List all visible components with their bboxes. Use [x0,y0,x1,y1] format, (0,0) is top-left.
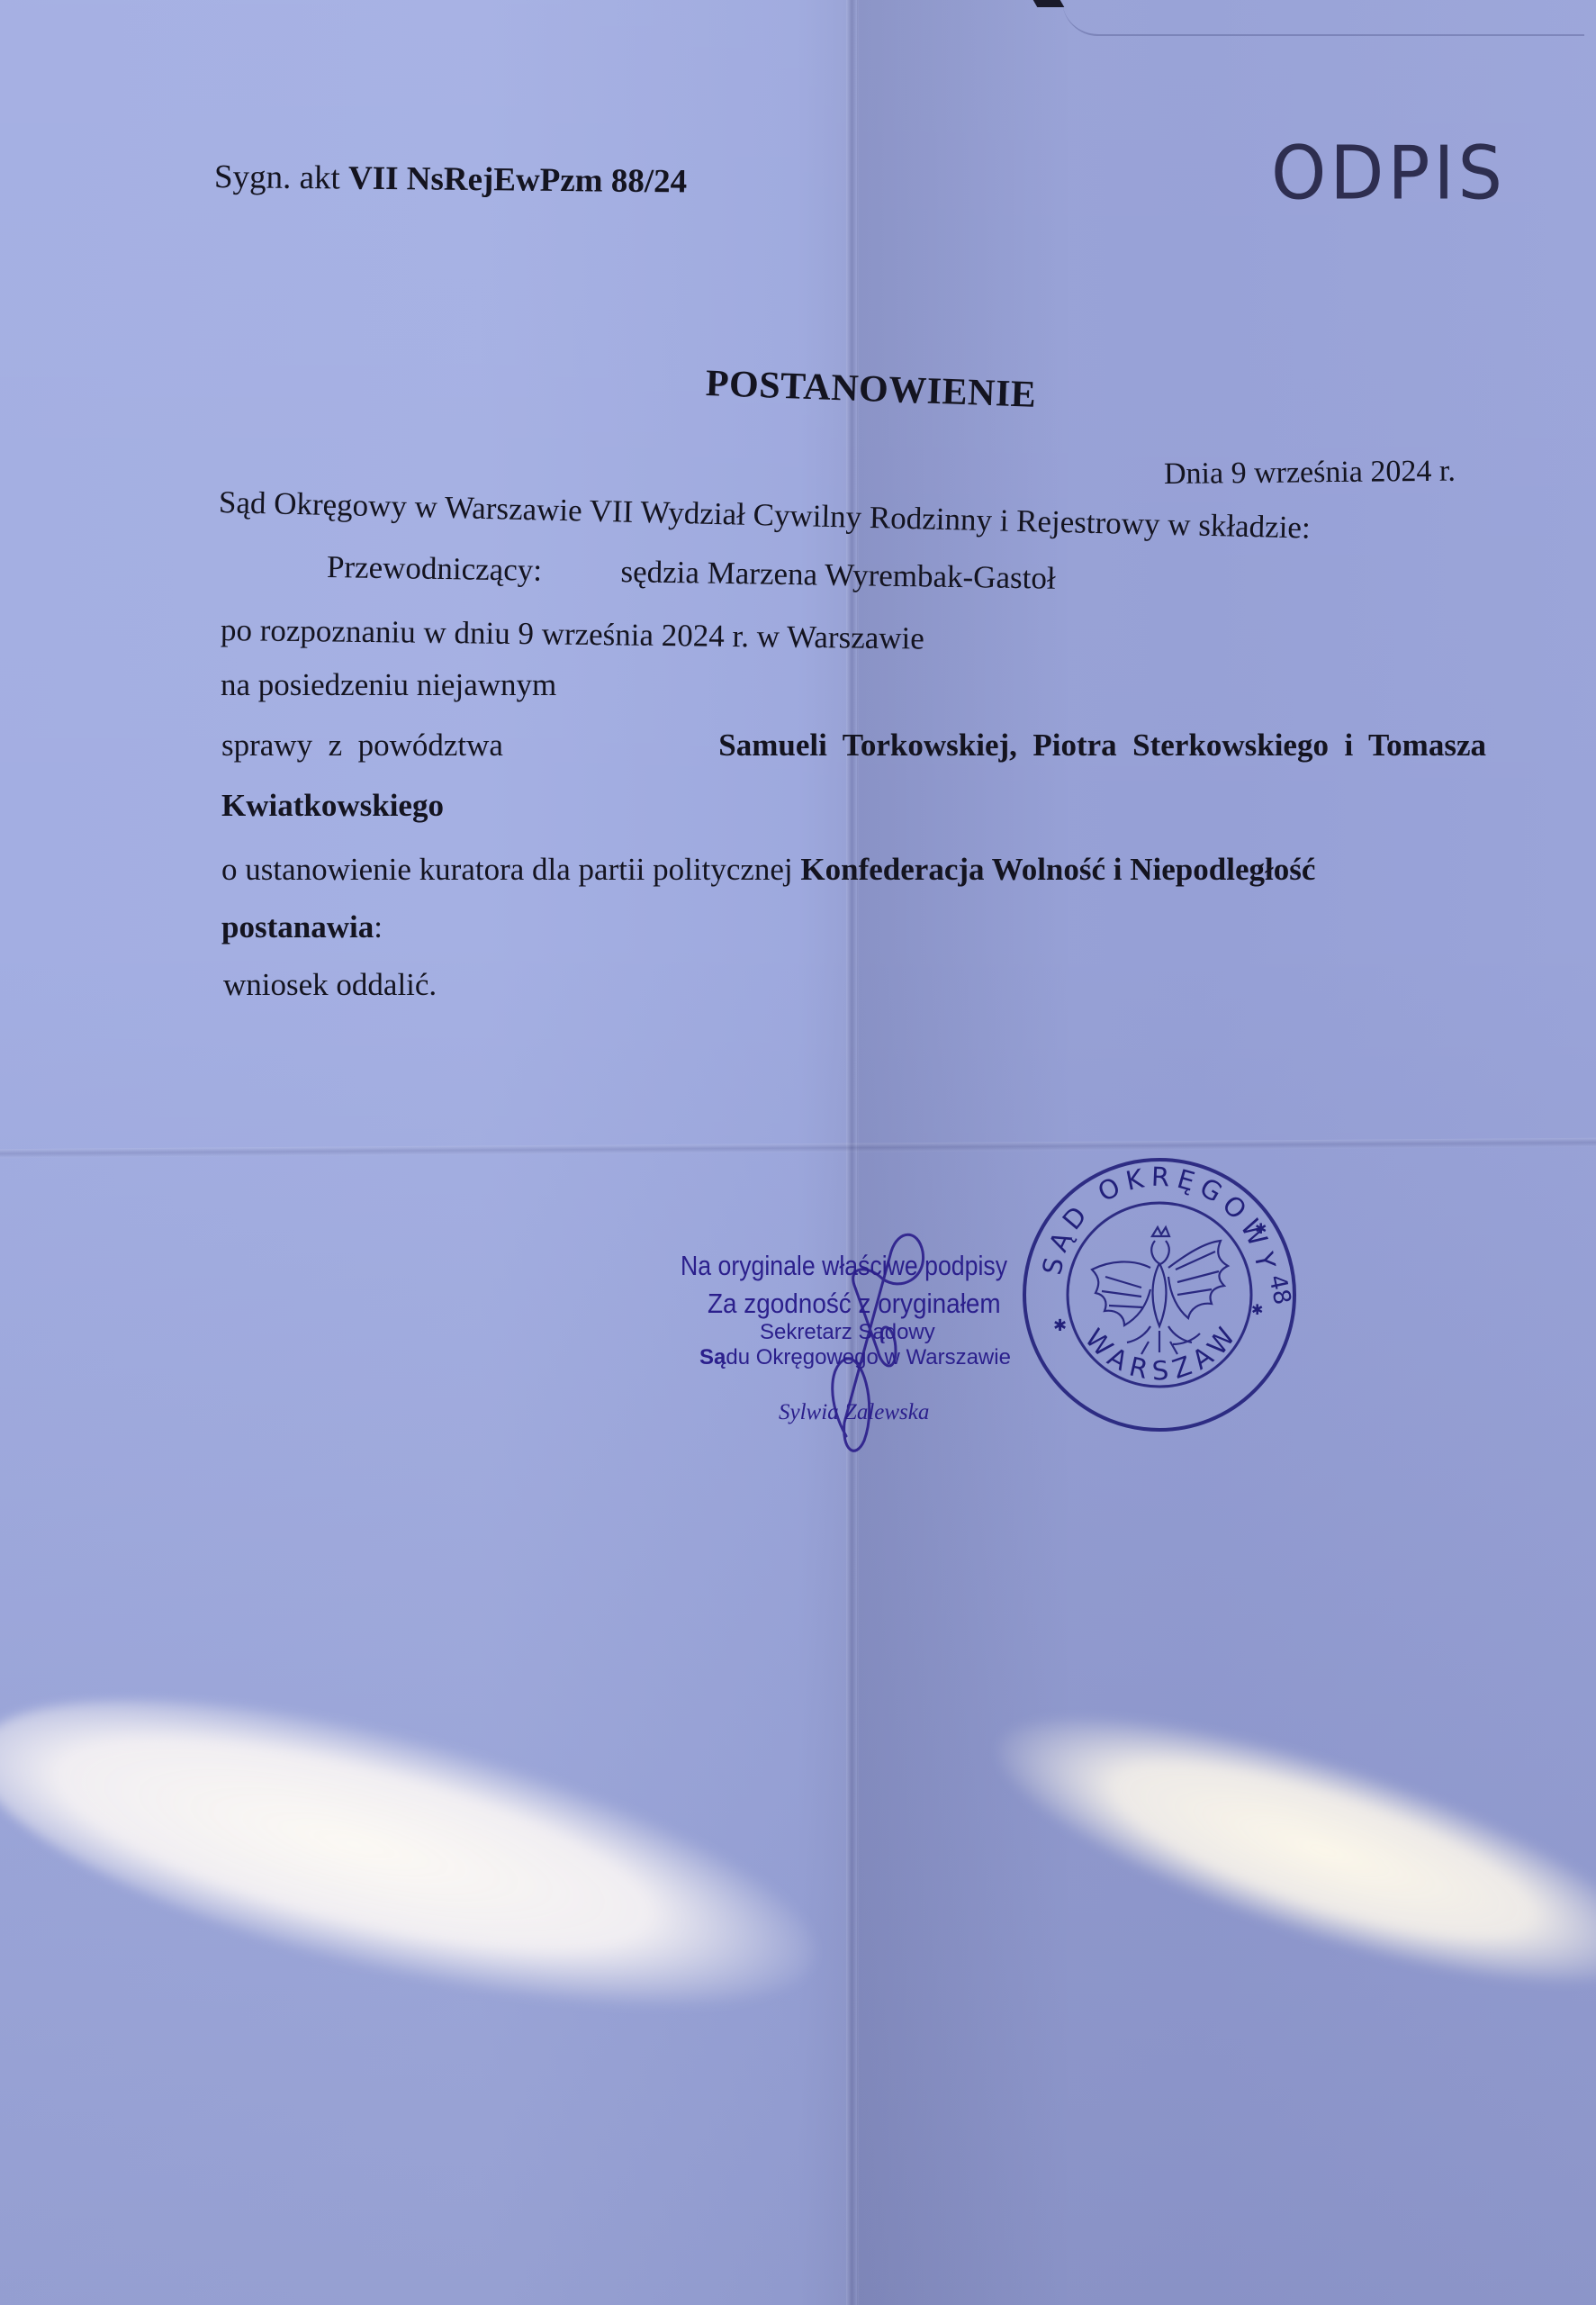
copy-stamp: ODPIS [1271,131,1506,217]
session-line: na posiedzeniu niejawnym [221,669,556,701]
court-seal: SĄD OKRĘGOWY W WARSZAWIE 48 ✱ ✱ ✱ [1015,1151,1303,1439]
decides-colon: : [374,909,383,945]
subject-prefix: o ustanowienie kuratora dla partii polit… [221,852,793,887]
ruling: wniosek oddalić. [223,969,437,1000]
certification-line-4-bold: Są [699,1345,726,1369]
seal-star-icon: ✱ [1255,1220,1267,1237]
decides-label: postanawia [221,909,374,945]
date-line: Dnia 9 września 2024 r. [1164,456,1456,490]
background-edge [1033,0,1065,7]
case-signature-value: VII NsRejEwPzm 88/24 [348,160,688,201]
case-prefix: sprawy z powództwa [221,729,503,761]
case-signature-label: Sygn. akt [214,158,340,196]
horizontal-fold [0,1138,1596,1158]
court-line: Sąd Okręgowy w Warszawie VII Wydział Cyw… [219,486,1312,544]
plaintiffs-names: Samueli Torkowskiej, Piotra Sterkowskieg… [718,729,1486,761]
case-signature: Sygn. akt VII NsRejEwPzm 88/24 [214,160,688,198]
seal-star-icon: ✱ [1053,1316,1067,1335]
seal-star-icon: ✱ [1251,1301,1263,1318]
signature-icon [792,1225,972,1459]
decides-line: postanawia: [221,911,383,943]
subject-line: o ustanowienie kuratora dla partii polit… [221,854,1315,885]
presiding-value: sędzia Marzena Wyrembak-Gastoł [620,554,1056,596]
vertical-fold [846,0,859,2305]
sunlight-patch [0,1637,843,2074]
plaintiffs-line-2: Kwiatkowskiego [221,790,444,821]
seal-number: 48 [1263,1272,1295,1307]
paper-crease [1062,0,1584,36]
plaintiffs-line: sprawy z powództwa Samueli Torkowskiej, … [221,729,1486,761]
hearing-line: po rozpoznaniu w dniu 9 września 2024 r.… [221,614,924,655]
presiding-label: Przewodniczący: [327,549,543,588]
document-photo: Sygn. akt VII NsRejEwPzm 88/24 ODPIS POS… [0,0,1596,2305]
party-name: Konfederacja Wolność i Niepodległość [800,852,1315,887]
